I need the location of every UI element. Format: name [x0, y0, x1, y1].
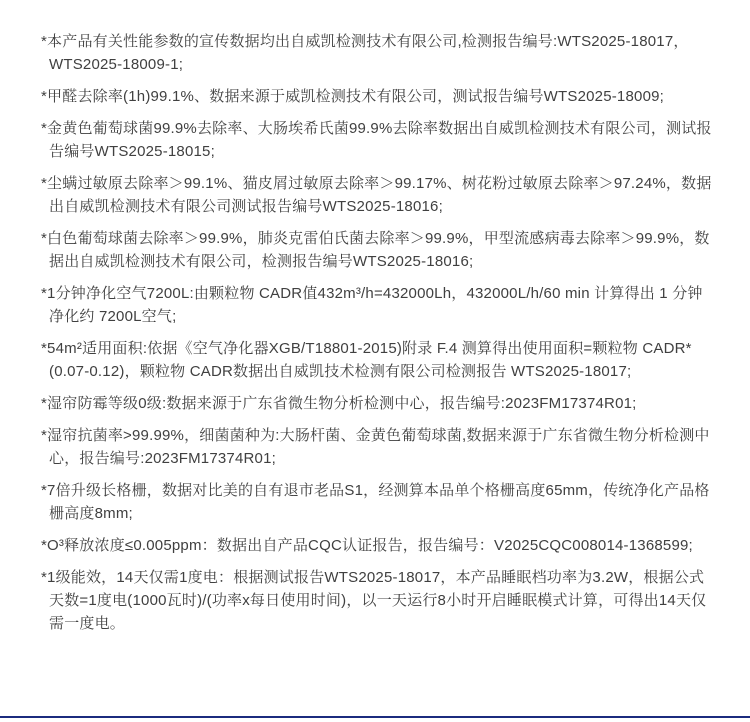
disclaimer-item: *54m²适用面积:依据《空气净化器XGB/T18801-2015)附录 F.4… [41, 337, 712, 383]
disclaimer-item: *1级能效，14天仅需1度电：根据测试报告WTS2025-18017，本产品睡眠… [41, 566, 712, 635]
disclaimer-item: *金黄色葡萄球菌99.9%去除率、大肠埃希氏菌99.9%去除率数据出自威凯检测技… [41, 117, 712, 163]
disclaimer-list: *本产品有关性能参数的宣传数据均出自威凯检测技术有限公司,检测报告编号:WTS2… [41, 30, 712, 644]
disclaimer-item: *白色葡萄球菌去除率＞99.9%，肺炎克雷伯氏菌去除率＞99.9%，甲型流感病毒… [41, 227, 712, 273]
disclaimer-item: *湿帘防霉等级0级:数据来源于广东省微生物分析检测中心，报告编号:2023FM1… [41, 392, 712, 415]
disclaimer-item: *本产品有关性能参数的宣传数据均出自威凯检测技术有限公司,检测报告编号:WTS2… [41, 30, 712, 76]
disclaimer-item: *7倍升级长格栅，数据对比美的自有退市老品S1，经测算本品单个格栅高度65mm，… [41, 479, 712, 525]
footer-divider-line [0, 716, 750, 718]
disclaimer-item: *尘螨过敏原去除率＞99.1%、猫皮屑过敏原去除率＞99.17%、树花粉过敏原去… [41, 172, 712, 218]
disclaimer-item: *湿帘抗菌率>99.99%，细菌菌种为:大肠杆菌、金黄色葡萄球菌,数据来源于广东… [41, 424, 712, 470]
disclaimer-item: *1分钟净化空气7200L:由颗粒物 CADR值432m³/h=432000Lh… [41, 282, 712, 328]
disclaimer-item: *甲醛去除率(1h)99.1%、数据来源于威凯检测技术有限公司，测试报告编号WT… [41, 85, 712, 108]
disclaimer-item: *O³释放浓度≤0.005ppm：数据出自产品CQC认证报告，报告编号：V202… [41, 534, 712, 557]
product-disclaimer-page: *本产品有关性能参数的宣传数据均出自威凯检测技术有限公司,检测报告编号:WTS2… [0, 0, 750, 722]
